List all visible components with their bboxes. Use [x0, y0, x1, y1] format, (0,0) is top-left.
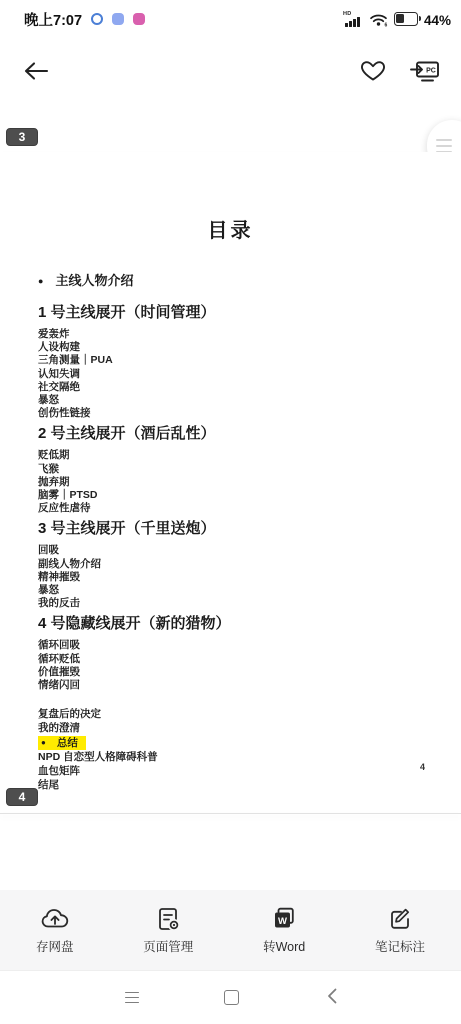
word-letter: W — [278, 916, 287, 927]
toc-item: 认知失调 — [38, 368, 427, 381]
toolbar-item-label: 转Word — [263, 937, 305, 955]
toolbar-item-label: 页面管理 — [143, 937, 193, 955]
toc-item: 社交隔绝 — [38, 381, 427, 394]
android-nav-bar — [0, 970, 461, 1024]
toc-item: 副线人物介绍 — [38, 558, 427, 571]
page-manage-button[interactable]: 页面管理 — [143, 906, 193, 955]
back-chevron-icon — [327, 988, 337, 1007]
page-4-badge: 4 — [6, 788, 38, 806]
send-to-pc-button[interactable]: PC — [410, 58, 441, 87]
cloud-upload-icon — [40, 906, 70, 932]
summary-label: 总结 — [57, 737, 78, 749]
toc-item: 爱轰炸 — [38, 328, 427, 341]
favorite-button[interactable] — [360, 59, 386, 86]
toc-item: 循环回吸 — [38, 639, 427, 652]
back-arrow-icon — [22, 59, 49, 86]
cellular-signal-icon: HD — [343, 12, 363, 27]
toc-summary-line: ●总结 — [38, 735, 427, 750]
battery-icon — [394, 12, 418, 26]
page-number: 4 — [420, 762, 425, 772]
toc-section-heading: 3 号主线展开（千里送炮） — [38, 519, 427, 538]
highlighted-summary: ●总结 — [38, 736, 86, 750]
toc-intro-line: ●主线人物介绍 — [38, 270, 461, 289]
annotate-button[interactable]: 笔记标注 — [375, 906, 425, 955]
screen: 晚上7:07 HD 6 44% — [0, 0, 461, 1024]
page-3-badge: 3 — [6, 128, 38, 146]
bottom-toolbar: 存网盘 页面管理 W 转Word — [0, 890, 461, 970]
toc-item: 人设构建 — [38, 341, 427, 354]
word-doc-icon: W — [270, 906, 298, 932]
toc-item: NPD 自恋型人格障碍科普 — [38, 750, 427, 764]
toc-tail-items: 复盘后的决定我的澄清 — [38, 707, 427, 735]
heart-icon — [360, 59, 386, 86]
wifi-icon: 6 — [369, 12, 388, 27]
toc-item: 贬低期 — [38, 449, 427, 462]
page-manage-icon — [154, 906, 182, 932]
android-back-button[interactable] — [310, 971, 354, 1024]
toc-section-heading: 2 号主线展开（酒后乱性） — [38, 424, 427, 443]
toc-sections: 1 号主线展开（时间管理）爱轰炸人设构建三角测量｜PUA认知失调社交隔绝暴怒创伤… — [38, 303, 427, 692]
toc-item: 血包矩阵 — [38, 764, 427, 778]
toc-item: 反应性虐待 — [38, 502, 427, 515]
toc-item: 情绪闪回 — [38, 679, 427, 692]
clock: 晚上7:07 — [24, 9, 82, 30]
page-divider — [0, 813, 461, 814]
edit-pencil-icon — [386, 906, 414, 932]
toc-item: 循环贬低 — [38, 653, 427, 666]
toc-item: 结尾 — [38, 778, 427, 792]
notification-app-icon-blue — [112, 13, 124, 25]
pc-label: PC — [426, 67, 436, 74]
toc-item: 我的澄清 — [38, 721, 427, 735]
home-button[interactable] — [209, 971, 253, 1024]
toolbar-item-label: 笔记标注 — [375, 937, 425, 955]
toc-item: 复盘后的决定 — [38, 707, 427, 721]
toc-end-items: NPD 自恋型人格障碍科普血包矩阵结尾 — [38, 750, 427, 792]
toc-item: 我的反击 — [38, 597, 427, 610]
notification-app-icon-pink — [133, 13, 145, 25]
bullet-icon: ● — [41, 738, 46, 747]
convert-to-word-button[interactable]: W 转Word — [263, 906, 305, 955]
toc-section-heading: 4 号隐藏线展开（新的猎物） — [38, 614, 427, 633]
toc-item: 价值摧毁 — [38, 666, 427, 679]
toc-item: 三角测量｜PUA — [38, 354, 427, 367]
recents-button[interactable] — [110, 971, 154, 1024]
document-page: 目录 ●主线人物介绍 1 号主线展开（时间管理）爱轰炸人设构建三角测量｜PUA认… — [0, 152, 461, 813]
toc-intro-label: 主线人物介绍 — [55, 273, 133, 288]
record-indicator-icon — [91, 13, 103, 25]
status-bar: 晚上7:07 HD 6 44% — [0, 0, 461, 32]
toc-item: 抛弃期 — [38, 476, 427, 489]
svg-text:6: 6 — [384, 22, 387, 27]
toc-item: 暴怒 — [38, 584, 427, 597]
toc-section-heading: 1 号主线展开（时间管理） — [38, 303, 427, 322]
toc-item: 创伤性链接 — [38, 407, 427, 420]
toc-item: 精神摧毁 — [38, 571, 427, 584]
home-icon — [224, 990, 239, 1005]
back-button[interactable] — [22, 59, 49, 86]
app-bar: PC — [0, 44, 461, 100]
toc-item: 回吸 — [38, 544, 427, 557]
toc-item: 飞猴 — [38, 463, 427, 476]
toc-item: 暴怒 — [38, 394, 427, 407]
recents-icon — [125, 992, 139, 1004]
send-to-pc-icon: PC — [410, 58, 441, 87]
toc-title: 目录 — [0, 214, 461, 243]
toc-item: 脑雾｜PTSD — [38, 489, 427, 502]
bullet-icon: ● — [38, 276, 43, 286]
toolbar-item-label: 存网盘 — [36, 937, 74, 955]
battery-percent: 44% — [424, 13, 451, 28]
save-to-cloud-button[interactable]: 存网盘 — [36, 906, 74, 955]
